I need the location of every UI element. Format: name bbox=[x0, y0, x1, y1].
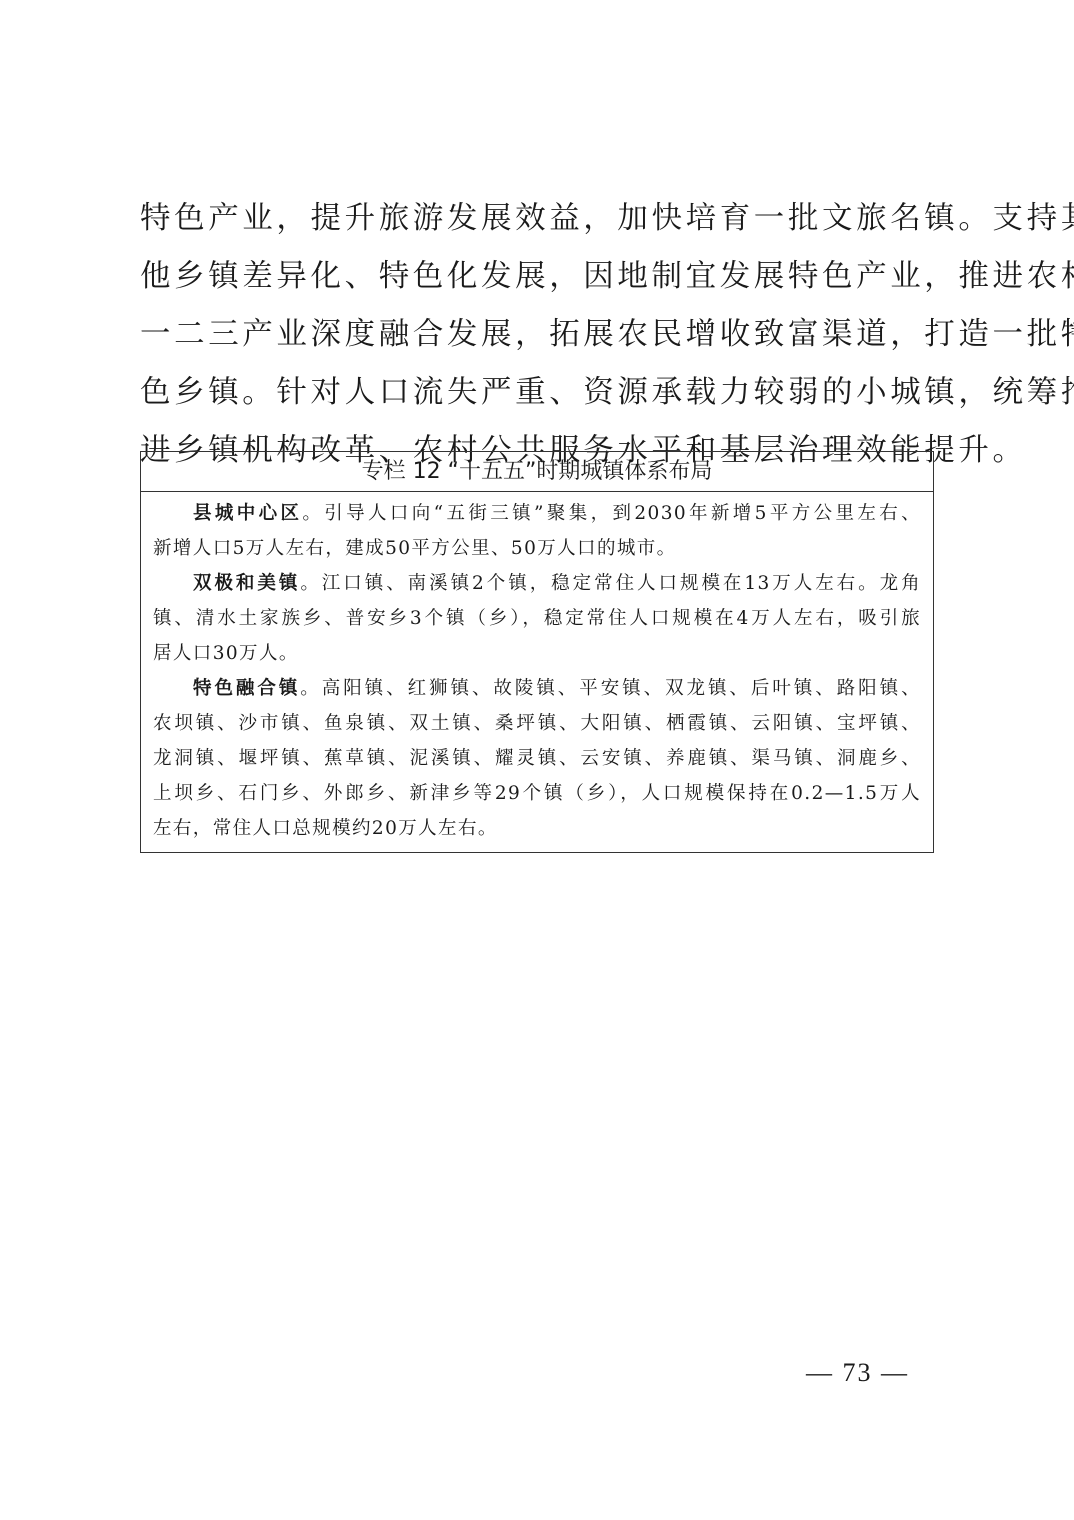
paragraph-line: 龙洞镇、堰坪镇、蕉草镇、泥溪镇、耀灵镇、云安镇、养鹿镇、渠马镇、洞鹿乡、 bbox=[153, 741, 921, 776]
paragraph-heading: 特色融合镇 bbox=[193, 678, 300, 699]
body-text: 特色产业，提升旅游发展效益，加快培育一批文旅名镇。支持其 他乡镇差异化、特色化发… bbox=[140, 190, 940, 480]
paragraph-heading: 县城中心区 bbox=[193, 503, 302, 524]
column-box: 专栏 12 “十五五”时期城镇体系布局 县城中心区。引导人口向“五街三镇”聚集，… bbox=[140, 451, 934, 853]
column-box-body: 县城中心区。引导人口向“五街三镇”聚集，到2030年新增5平方公里左右、 新增人… bbox=[141, 492, 933, 846]
paragraph-line: 新增人口5万人左右，建成50平方公里、50万人口的城市。 bbox=[153, 531, 921, 566]
body-line: 色乡镇。针对人口流失严重、资源承载力较弱的小城镇，统筹推 bbox=[140, 364, 940, 422]
paragraph-line: 双极和美镇。江口镇、南溪镇2个镇，稳定常住人口规模在13万人左右。龙角 bbox=[153, 566, 921, 601]
paragraph-line: 特色融合镇。高阳镇、红狮镇、故陵镇、平安镇、双龙镇、后叶镇、路阳镇、 bbox=[153, 671, 921, 706]
paragraph-line: 农坝镇、沙市镇、鱼泉镇、双土镇、桑坪镇、大阳镇、栖霞镇、云阳镇、宝坪镇、 bbox=[153, 706, 921, 741]
paragraph-line: 上坝乡、石门乡、外郎乡、新津乡等29个镇（乡），人口规模保持在0.2—1.5万人 bbox=[153, 776, 921, 811]
paragraph-line: 居人口30万人。 bbox=[153, 636, 921, 671]
paragraph-heading: 双极和美镇 bbox=[193, 573, 300, 594]
body-line: 一二三产业深度融合发展，拓展农民增收致富渠道，打造一批特 bbox=[140, 306, 940, 364]
paragraph-line: 县城中心区。引导人口向“五街三镇”聚集，到2030年新增5平方公里左右、 bbox=[153, 496, 921, 531]
paragraph-line: 镇、清水土家族乡、普安乡3个镇（乡），稳定常住人口规模在4万人左右，吸引旅 bbox=[153, 601, 921, 636]
body-line: 特色产业，提升旅游发展效益，加快培育一批文旅名镇。支持其 bbox=[140, 190, 940, 248]
column-box-title: 专栏 12 “十五五”时期城镇体系布局 bbox=[141, 452, 933, 492]
paragraph-line: 左右，常住人口总规模约20万人左右。 bbox=[153, 811, 921, 846]
page-number: — 73 — bbox=[806, 1358, 909, 1388]
body-line: 他乡镇差异化、特色化发展，因地制宜发展特色产业，推进农村 bbox=[140, 248, 940, 306]
